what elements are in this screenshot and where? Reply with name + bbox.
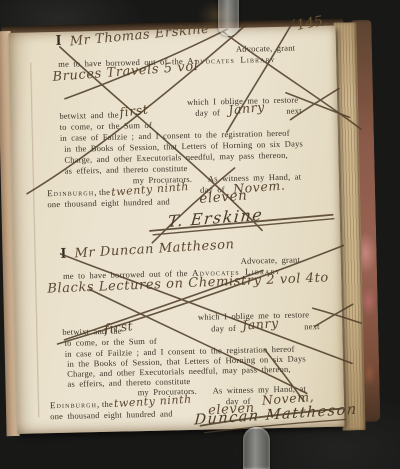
page-holder-strip-bottom xyxy=(243,427,270,469)
borrow-entry-2: I Mr Duncan Mattheson Advocate, grant me… xyxy=(0,0,395,4)
entry-initial: I xyxy=(60,246,66,263)
page-holder-strip-top xyxy=(218,0,239,36)
next-text: next xyxy=(304,321,320,331)
the-text: the xyxy=(99,187,110,197)
return-day: first xyxy=(103,318,134,336)
year-line: one thousand eight hundred and xyxy=(50,408,173,421)
betwixt-text: betwixt and the xyxy=(59,110,119,121)
sum-line: to come, or the Sum of xyxy=(64,336,157,348)
signed-year: eleven xyxy=(199,187,248,207)
signature: T. Erskine xyxy=(167,205,264,231)
the-text: the xyxy=(102,399,113,409)
page-content: 145. I Mr Thomas Erskine Advocate, grant… xyxy=(0,0,400,469)
year-line: one thousand eight hundred and xyxy=(47,196,170,209)
borrow-entry-1: I Mr Thomas Erskine Advocate, grant me t… xyxy=(0,0,395,4)
day-of-text: day of xyxy=(195,107,220,118)
return-day: first xyxy=(118,101,149,120)
photo-background: 145. I Mr Thomas Erskine Advocate, grant… xyxy=(0,0,400,469)
grant-text: Advocate, grant xyxy=(236,43,296,54)
return-month: Janry xyxy=(242,315,280,333)
borrower-name: Mr Thomas Erskine xyxy=(69,22,210,50)
next-text: next xyxy=(286,105,302,115)
ledger-book: 145. I Mr Thomas Erskine Advocate, grant… xyxy=(0,18,381,442)
borrower-name: Mr Duncan Mattheson xyxy=(74,237,235,261)
entry-initial: I xyxy=(55,33,61,50)
edinburgh-text: Edinburgh, xyxy=(47,187,98,198)
return-month: Janry xyxy=(228,99,266,117)
day-of-text: day of xyxy=(211,323,236,334)
library-name: Advocates Library xyxy=(187,54,276,66)
sum-line: to come, or the Sum of xyxy=(60,120,153,132)
page-number: 145. xyxy=(295,13,329,34)
grant-text: Advocate, grant xyxy=(241,254,301,265)
signed-day: twenty ninth xyxy=(114,393,193,410)
edinburgh-text: Edinburgh, xyxy=(50,399,101,410)
